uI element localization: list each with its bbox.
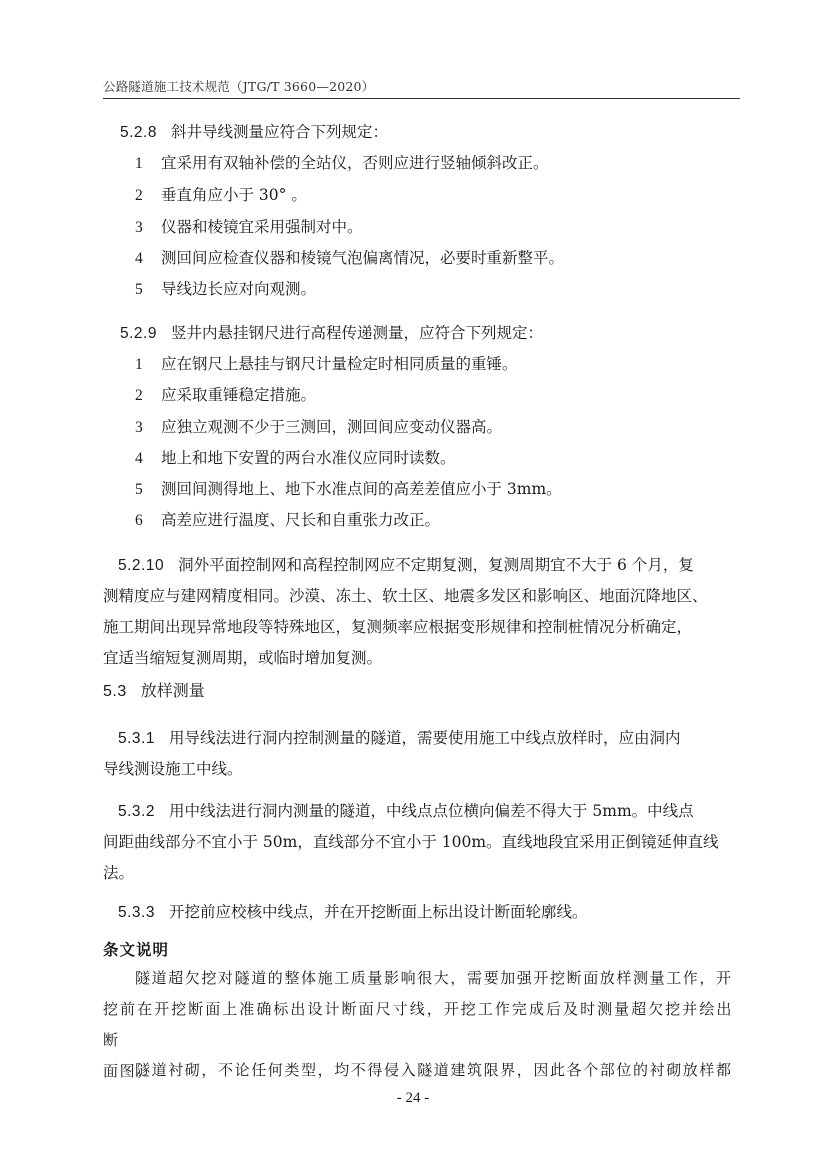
clause-number: 5.3.2	[118, 803, 155, 820]
clause-number: 5.2.9	[120, 325, 157, 342]
page-number: - 24 -	[0, 1090, 826, 1107]
running-header: 公路隧道施工技术规范（JTG/T 3660—2020）	[103, 77, 374, 95]
clause-5-2-8-title: 5.2.8斜井导线测量应符合下列规定：	[120, 122, 388, 143]
header-rule	[103, 98, 740, 99]
clause-5-3-3: 5.3.3开挖前应校核中线点，并在开挖断面上标出设计断面轮廓线。	[103, 897, 733, 928]
clause-number: 5.3.3	[118, 904, 155, 921]
clause-title-text: 斜井导线测量应符合下列规定：	[171, 123, 388, 141]
explanation-heading: 条文说明	[103, 938, 169, 960]
list-item: 6高差应进行温度、尺长和自重张力改正。	[135, 510, 440, 531]
list-item: 2应采取重锤稳定措施。	[135, 385, 316, 406]
clause-5-3-1: 5.3.1用导线法进行洞内控制测量的隧道，需要使用施工中线点放样时，应由洞内 导…	[103, 723, 733, 785]
section-number: 5.3	[103, 683, 127, 700]
clause-number: 5.2.10	[118, 557, 164, 574]
list-item: 5导线边长应对向观测。	[135, 279, 316, 300]
list-item: 5测回间测得地上、地下水准点间的高差差值应小于 3mm。	[135, 479, 562, 500]
explanation-paragraph: 隧道衬砌，不论任何类型，均不得侵入隧道建筑限界，因此各个部位的衬砌放样都	[103, 1055, 733, 1086]
clause-5-2-10: 5.2.10洞外平面控制网和高程控制网应不定期复测，复测周期宜不大于 6 个月，…	[103, 550, 733, 674]
clause-5-3-2: 5.3.2用中线法进行洞内测量的隧道，中线点点位横向偏差不得大于 5mm。中线点…	[103, 796, 733, 889]
clause-title-text: 竖井内悬挂钢尺进行高程传递测量，应符合下列规定：	[171, 324, 543, 342]
list-item: 2垂直角应小于 30° 。	[135, 185, 307, 206]
list-item: 3应独立观测不少于三测回，测回间应变动仪器高。	[135, 417, 502, 438]
document-page: 公路隧道施工技术规范（JTG/T 3660—2020） 5.2.8斜井导线测量应…	[0, 0, 826, 1169]
list-item: 4地上和地下安置的两台水准仪应同时读数。	[135, 448, 456, 469]
section-title: 放样测量	[141, 681, 205, 700]
clause-number: 5.2.8	[120, 124, 157, 141]
clause-number: 5.3.1	[118, 730, 155, 747]
list-item: 4测回间应检查仪器和棱镜气泡偏离情况，必要时重新整平。	[135, 248, 564, 269]
list-item: 1应在钢尺上悬挂与钢尺计量检定时相同质量的重锤。	[135, 354, 518, 375]
list-item: 1宜采用有双轴补偿的全站仪，否则应进行竖轴倾斜改正。	[135, 153, 549, 174]
list-item: 3仪器和棱镜宜采用强制对中。	[135, 217, 363, 238]
clause-5-2-9-title: 5.2.9竖井内悬挂钢尺进行高程传递测量，应符合下列规定：	[120, 323, 543, 344]
section-heading: 5.3放样测量	[103, 681, 205, 702]
